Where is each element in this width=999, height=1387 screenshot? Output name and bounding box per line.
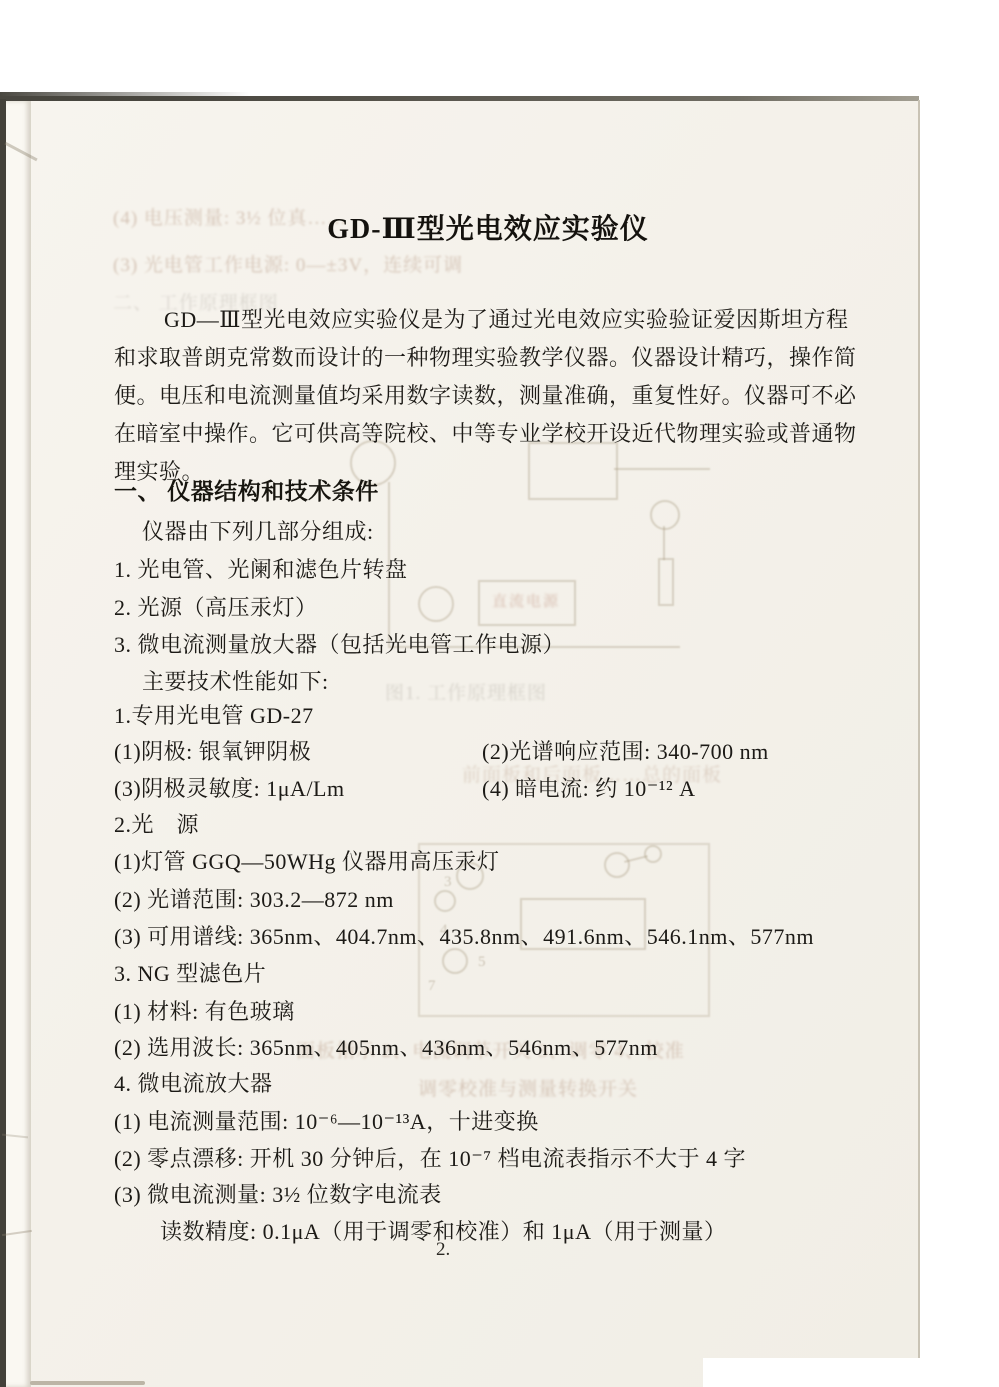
- intro-paragraph-line: 便。电压和电流测量值均采用数字读数，测量准确，重复性好。仪器可不必: [114, 379, 857, 410]
- document-content: GD-Ⅲ型光电效应实验仪 GD—Ⅲ型光电效应实验仪是为了通过光电效应实验验证爱因…: [114, 101, 862, 1387]
- amplifier-item: (3) 微电流测量: 3½ 位数字电流表: [114, 1178, 442, 1209]
- component-list-item: 1. 光电管、光阑和滤色片转盘: [114, 553, 408, 584]
- filters-item: (1) 材料: 有色玻璃: [114, 995, 295, 1026]
- amplifier-heading: 4. 微电流放大器: [114, 1067, 273, 1098]
- intro-paragraph-line: GD—Ⅲ型光电效应实验仪是为了通过光电效应实验验证爱因斯坦方程: [164, 303, 849, 334]
- component-list-item: 3. 微电流测量放大器（包括光电管工作电源）: [114, 628, 565, 659]
- scanned-manual-page: { "doc": { "title": "GD-Ⅲ型光电效应实验仪", "pag…: [0, 0, 999, 1387]
- section-heading: 一、 仪器结构和技术条件: [114, 473, 379, 506]
- page-right-edge-line: [918, 100, 920, 1362]
- light-source-item: (2) 光谱范围: 303.2—872 nm: [114, 883, 394, 914]
- component-list-item: 2. 光源（高压汞灯）: [114, 591, 318, 622]
- page-top-edge-shadow: [0, 92, 250, 101]
- composition-intro-line: 仪器由下列几部分组成:: [142, 515, 374, 546]
- spec-spectral-response: (2)光谱响应范围: 340-700 nm: [482, 735, 769, 766]
- light-source-item: (1)灯管 GGQ—50WHg 仪器用高压汞灯: [114, 845, 499, 876]
- light-source-item: (3) 可用谱线: 365nm、404.7nm、435.8nm、491.6nm、…: [114, 920, 814, 951]
- document-title: GD-Ⅲ型光电效应实验仪: [114, 207, 862, 247]
- filters-item: (2) 选用波长: 365nm、405nm、436nm、546nm、577nm: [114, 1031, 658, 1062]
- intro-paragraph-line: 和求取普朗克常数而设计的一种物理实验教学仪器。仪器设计精巧，操作简: [114, 341, 857, 372]
- spec-cathode-sensitivity: (3)阴极灵敏度: 1μA/Lm: [114, 772, 345, 803]
- amplifier-item: (2) 零点漂移: 开机 30 分钟后，在 10⁻⁷ 档电流表指示不大于 4 字: [114, 1142, 746, 1173]
- intro-paragraph-line: 在暗室中操作。它可供高等院校、中等专业学校开设近代物理实验或普通物: [114, 417, 857, 448]
- light-source-heading: 2.光 源: [114, 808, 199, 839]
- page-number: 2.: [114, 1239, 772, 1261]
- spec-cathode: (1)阴极: 银氧钾阴极: [114, 735, 311, 766]
- performance-intro-line: 主要技术性能如下:: [142, 665, 329, 696]
- phototube-heading: 1.专用光电管 GD-27: [114, 699, 314, 730]
- page-left-edge-sliver: [6, 101, 31, 1387]
- spec-dark-current: (4) 暗电流: 约 10⁻¹² A: [482, 772, 695, 803]
- amplifier-item: (1) 电流测量范围: 10⁻⁶—10⁻¹³A，十进变换: [114, 1105, 539, 1136]
- filters-heading: 3. NG 型滤色片: [114, 957, 266, 988]
